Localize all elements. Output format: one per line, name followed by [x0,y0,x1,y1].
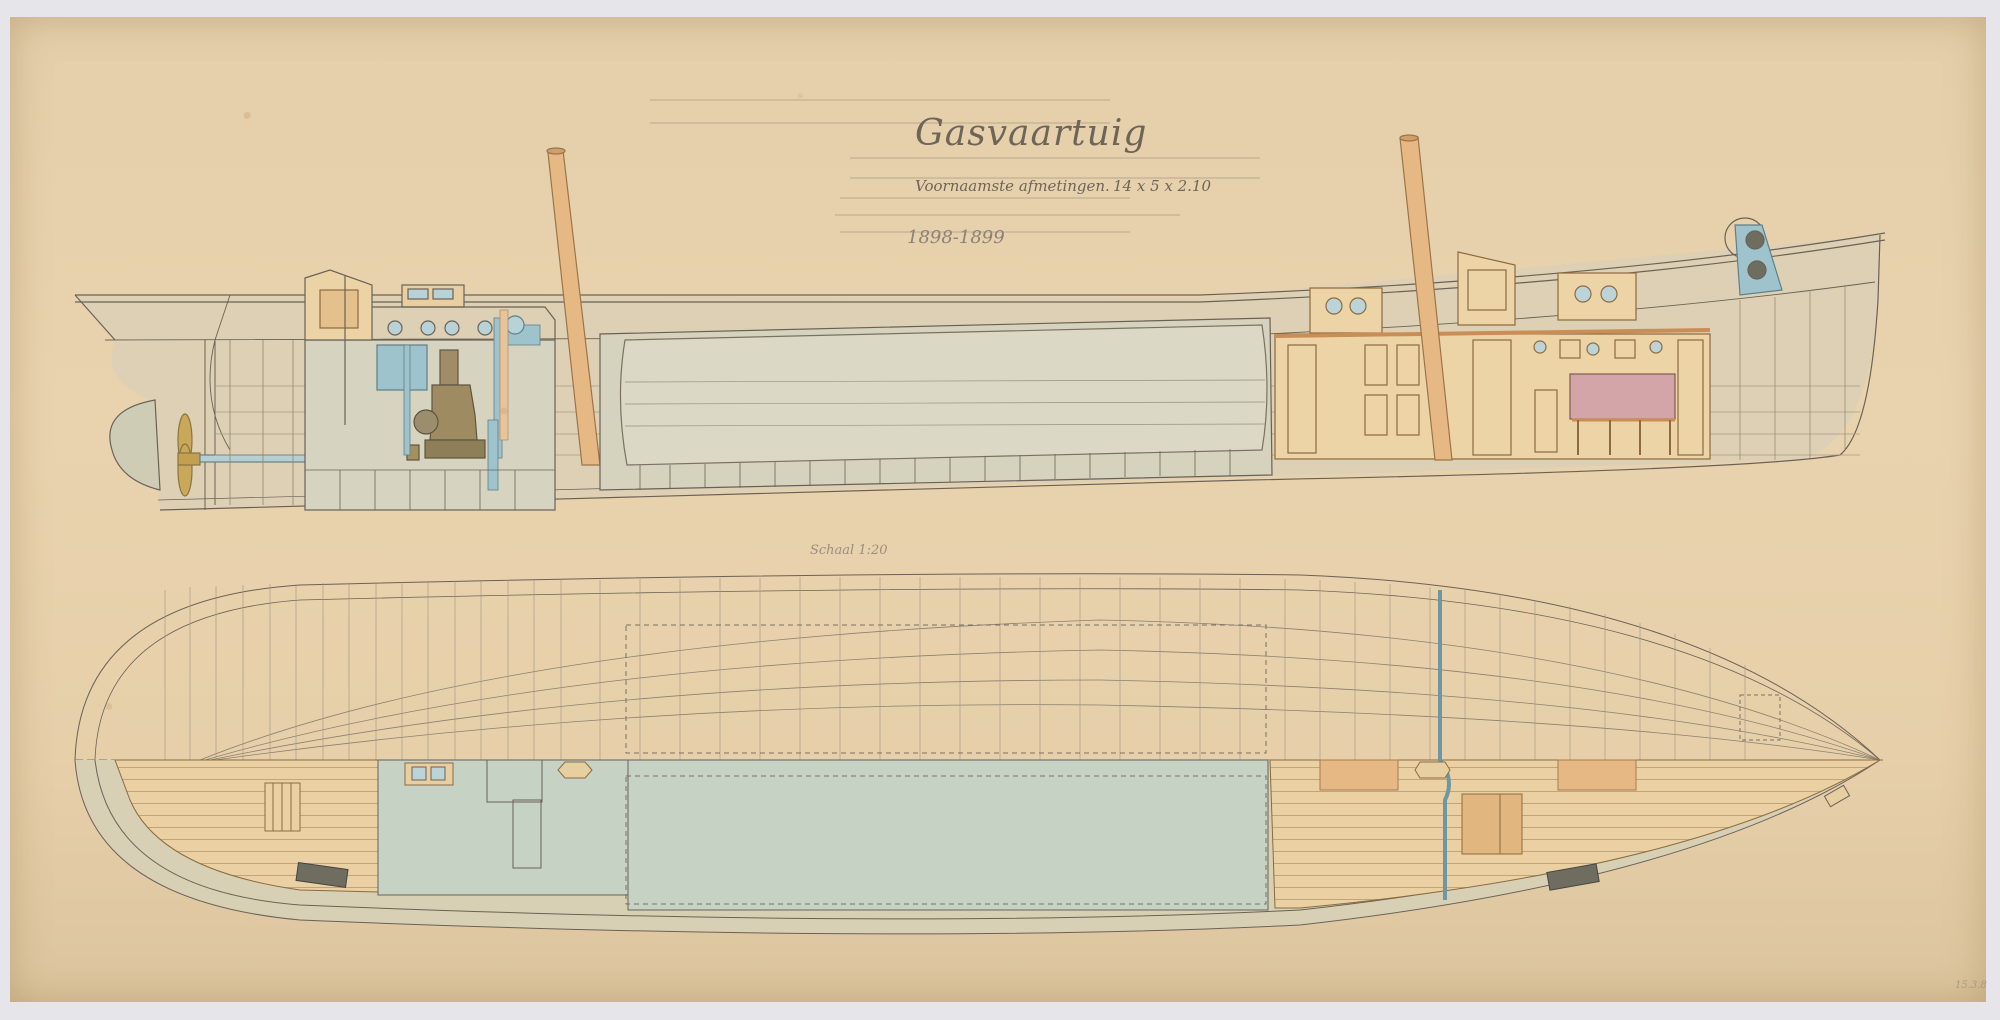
ship-drawing [10,17,1986,1002]
drawing-title: Gasvaartuig [915,113,1147,154]
drawing-year: 1898-1899 [907,227,1005,248]
main-dimensions: 14 x 5 x 2.10 [1113,177,1211,195]
corner-mark: 15.3.8 [1955,980,1987,991]
hatch-icon [1462,794,1522,854]
drawing-sheet: Gasvaartuig Voornaamste afmetingen. 14 x… [10,17,1986,1002]
drawing-subtitle: Voornaamste afmetingen. [915,177,1110,195]
deck-plan [75,574,1885,934]
scale-note: Schaal 1:20 [810,543,888,558]
